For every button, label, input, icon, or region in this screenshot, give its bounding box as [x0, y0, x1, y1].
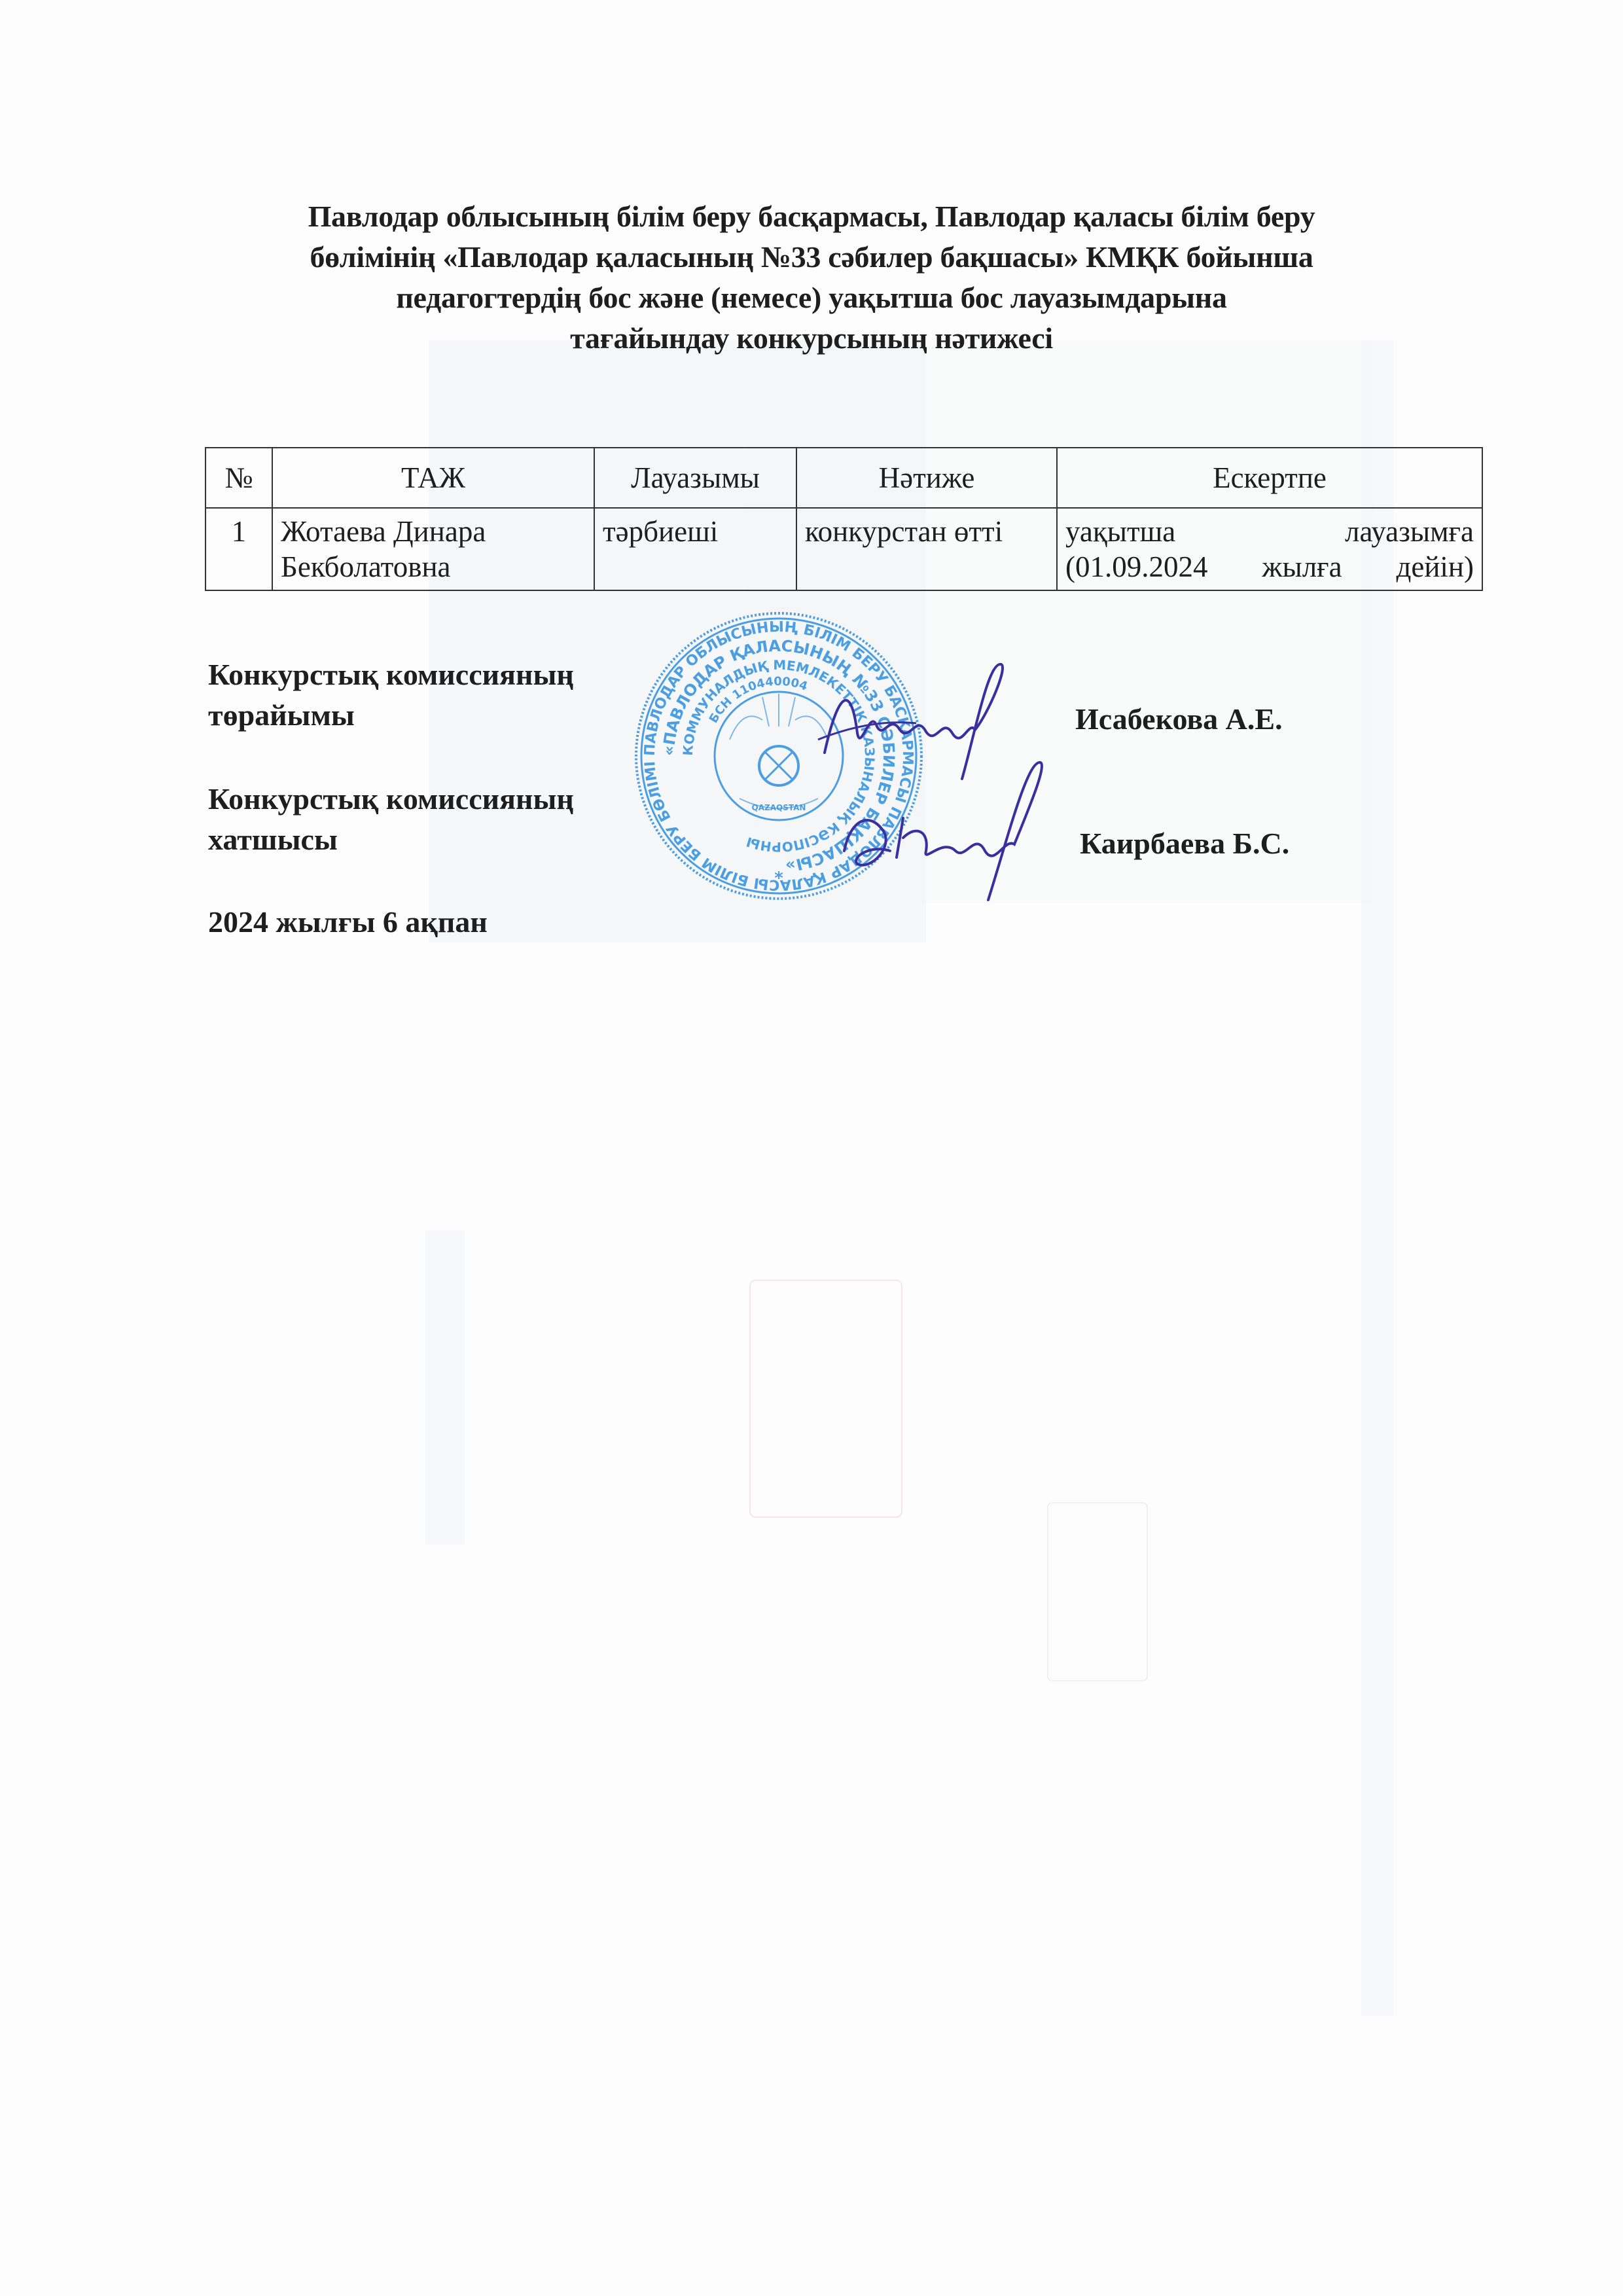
- bleed-through-panel: [425, 1230, 465, 1545]
- title-line: тағайындау конкурсының нәтижесі: [196, 318, 1427, 359]
- chair-label-line: Конкурстық комиссияның: [208, 655, 574, 695]
- chair-label-line: төрайымы: [208, 695, 574, 736]
- header-result: Нәтиже: [796, 448, 1057, 508]
- document-title: Павлодар облысының білім беру басқармасы…: [196, 196, 1427, 359]
- table-header-row: № ТАЖ Лауазымы Нәтиже Ескертпе: [205, 448, 1482, 508]
- document-date: 2024 жылғы 6 ақпан: [208, 902, 488, 942]
- bleed-through-panel: [1361, 340, 1394, 2016]
- chair-label: Конкурстық комиссияның төрайымы: [208, 655, 574, 736]
- bleed-through-box: [1047, 1502, 1148, 1681]
- chair-name: Исабекова А.Е.: [1075, 699, 1283, 740]
- bleed-through-box: [749, 1280, 902, 1518]
- header-name: ТАЖ: [272, 448, 594, 508]
- secretary-label: Конкурстық комиссияның хатшысы: [208, 779, 574, 860]
- title-line: Павлодар облысының білім беру басқармасы…: [196, 196, 1427, 237]
- svg-text:*: *: [774, 869, 783, 888]
- header-note: Ескертпе: [1057, 448, 1482, 508]
- secretary-label-line: Конкурстық комиссияның: [208, 779, 574, 819]
- secretary-label-line: хатшысы: [208, 819, 574, 860]
- note-line: уақытша лауазымға: [1065, 514, 1474, 549]
- cell-note: уақытша лауазымға (01.09.2024 жылға дейі…: [1057, 508, 1482, 590]
- title-line: бөлімінің «Павлодар қаласының №33 сәбиле…: [196, 237, 1427, 278]
- title-line: педагогтердің бос және (немесе) уақытша …: [196, 278, 1427, 318]
- cell-position: тәрбиеші: [594, 508, 796, 590]
- header-number: №: [205, 448, 272, 508]
- cell-name: Жотаева Динара Бекболатовна: [272, 508, 594, 590]
- secretary-name: Каирбаева Б.С.: [1080, 823, 1289, 864]
- table-row: 1 Жотаева Динара Бекболатовна тәрбиеші к…: [205, 508, 1482, 590]
- results-table: № ТАЖ Лауазымы Нәтиже Ескертпе 1 Жотаева…: [205, 447, 1483, 591]
- header-position: Лауазымы: [594, 448, 796, 508]
- note-line: (01.09.2024 жылға дейін): [1065, 549, 1474, 584]
- name-line: Жотаева Динара: [281, 514, 586, 549]
- cell-number: 1: [205, 508, 272, 590]
- secretary-signature-icon: [831, 759, 1067, 903]
- cell-result: конкурстан өтті: [796, 508, 1057, 590]
- name-line: Бекболатовна: [281, 549, 586, 584]
